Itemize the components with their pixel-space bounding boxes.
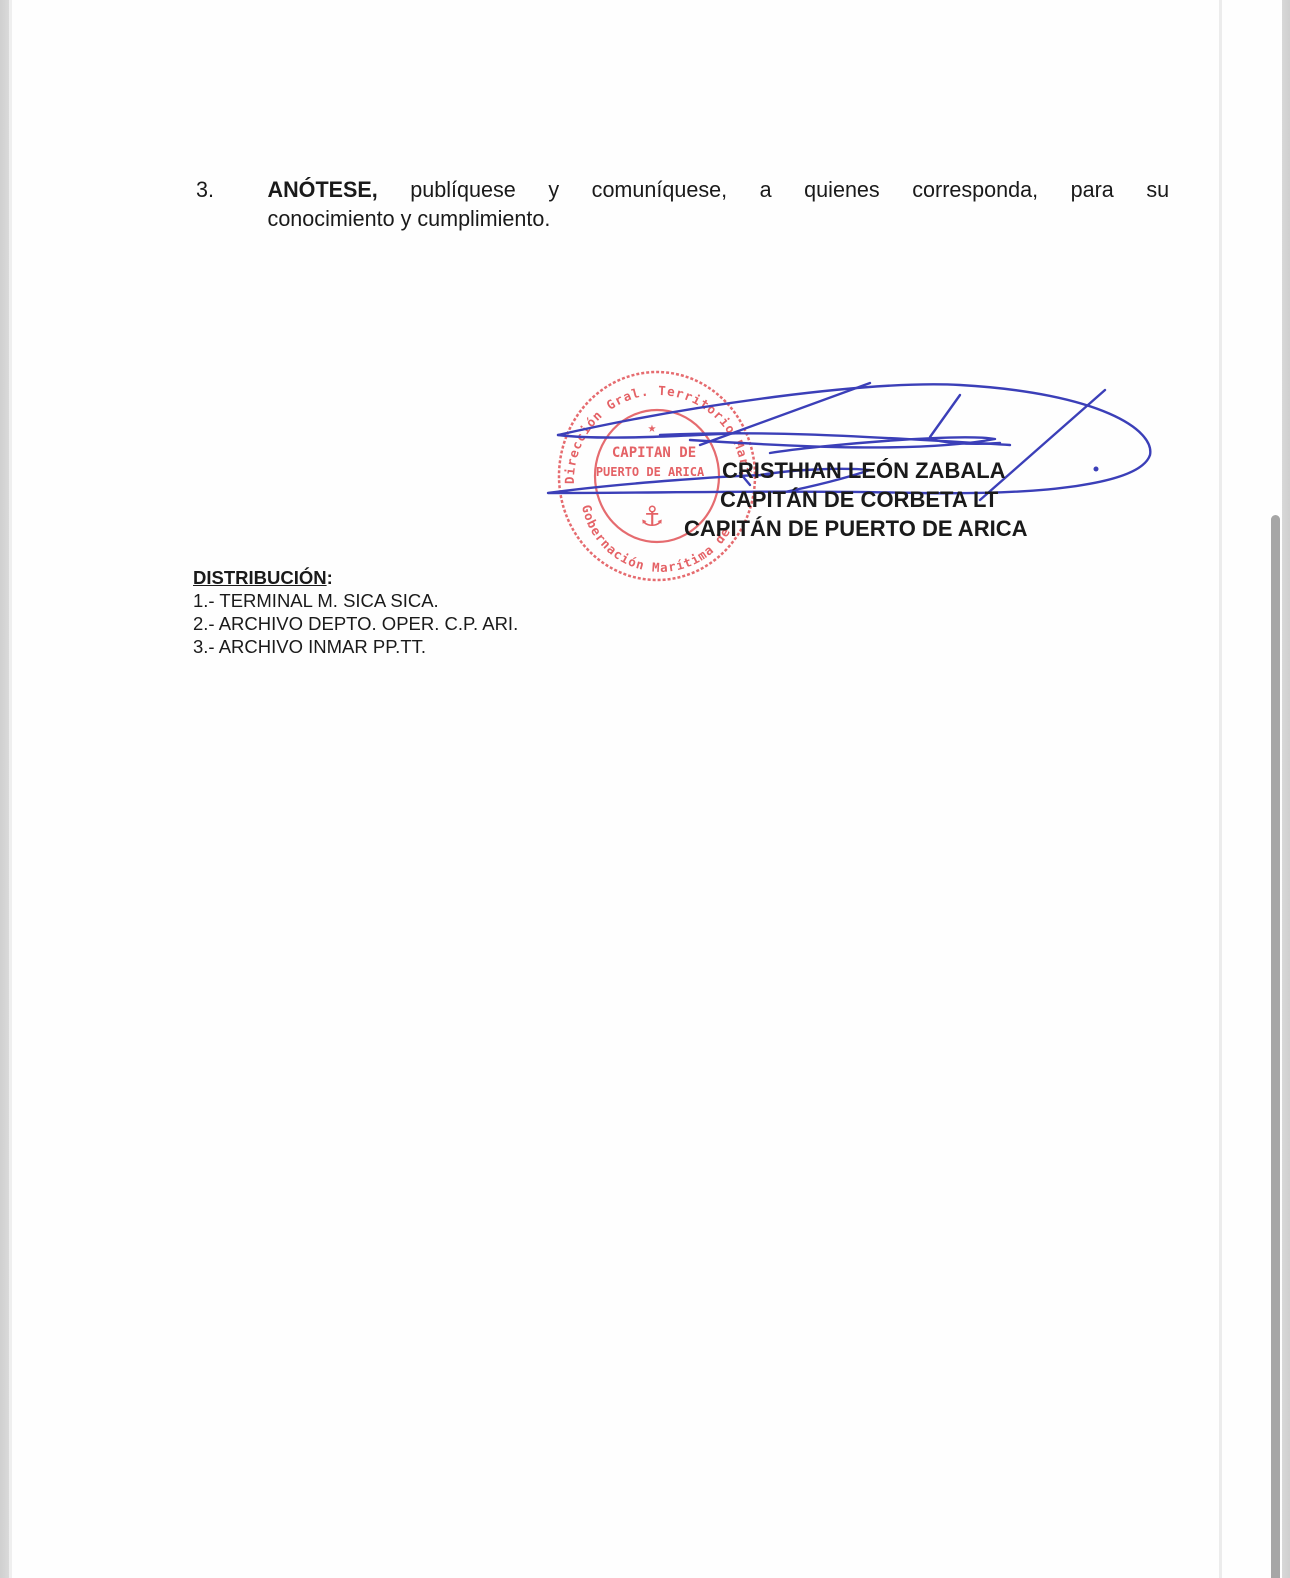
- viewer-right-gutter: [1282, 0, 1290, 1578]
- paragraph-line-1: ANÓTESE, publíqueseycomuníquese,aquienes…: [268, 175, 1170, 204]
- signature-dot: [1094, 467, 1099, 472]
- distribution-item: 1.- TERMINAL M. SICA SICA.: [193, 589, 518, 612]
- viewer-left-gutter: [0, 0, 9, 1578]
- paragraph-word: quienes: [804, 175, 880, 204]
- distribution-item: 3.- ARCHIVO INMAR PP.TT.: [193, 635, 518, 658]
- paragraph-word: publíquese: [410, 175, 516, 204]
- vertical-scrollbar-thumb[interactable]: [1271, 515, 1280, 1578]
- distribution-heading: DISTRIBUCIÓN:: [193, 566, 518, 589]
- paragraph-word: para: [1071, 175, 1114, 204]
- signatory-name: CRISTHIAN LEÓN ZABALA: [722, 456, 1006, 485]
- paragraph-word: su: [1146, 175, 1169, 204]
- distribution-item: 2.- ARCHIVO DEPTO. OPER. C.P. ARI.: [193, 612, 518, 635]
- paragraph-number: 3.: [196, 175, 214, 204]
- distribution-list: DISTRIBUCIÓN: 1.- TERMINAL M. SICA SICA.…: [193, 566, 518, 658]
- paragraph-body: ANÓTESE, publíqueseycomuníquese,aquienes…: [268, 175, 1170, 233]
- paragraph-bold-lead: ANÓTESE,: [268, 175, 378, 204]
- signatory-rank: CAPITÁN DE CORBETA LT: [720, 485, 998, 514]
- paragraph-word: comuníquese,: [592, 175, 727, 204]
- paragraph-word: corresponda,: [912, 175, 1038, 204]
- paragraph-word: y: [548, 175, 559, 204]
- paragraph-word: a: [760, 175, 772, 204]
- signatory-title: CAPITÁN DE PUERTO DE ARICA: [684, 514, 1027, 543]
- document-page: [9, 0, 1220, 1578]
- paragraph-line-2: conocimiento y cumplimiento.: [268, 204, 1170, 233]
